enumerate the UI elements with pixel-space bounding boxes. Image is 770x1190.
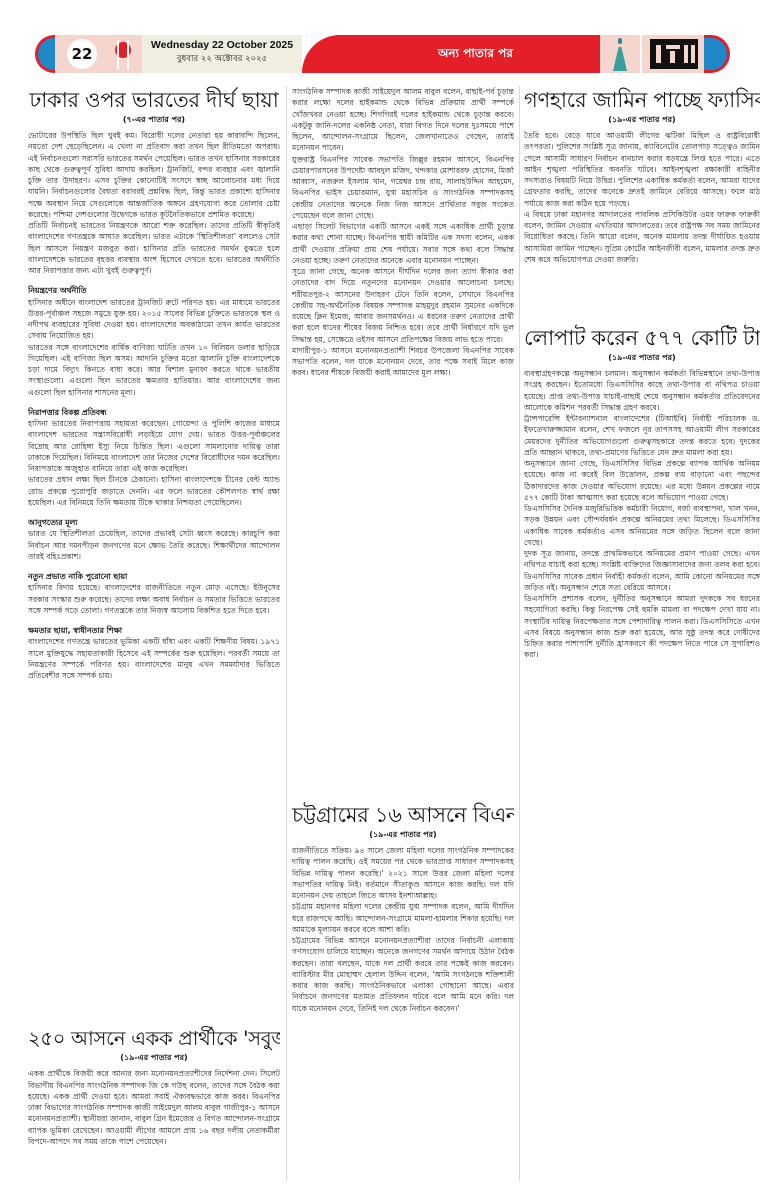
paragraph: রাজনীতিতে সক্রিয়। ৯৪ সালে জেলা মহিলা দল… (292, 845, 514, 901)
section-label: অন্য পাতার পর (438, 45, 513, 65)
subheading: নিরাপত্তার বিকল্প প্রতিবন্ধ (28, 407, 280, 418)
continued-from: (৭-এর পাতার পর) (28, 114, 280, 127)
paragraph: চট্টগ্রামের বিভিন্ন আসনে মনোনয়নপ্রত্যাশ… (292, 935, 514, 1014)
headline: গণহারে জামিন পাচ্ছে ফ্যাসিবাদের (524, 88, 760, 112)
paragraph: বাংলাদেশের গণতন্ত্রে ভারতের ভূমিকা একটি … (28, 636, 280, 681)
headline: চট্টগ্রামের ১৬ আসনে বিএনপির (292, 803, 514, 827)
paragraph: ডিএসসিসির দৈনিক মজুরিভিত্তিক কর্মচারী নি… (524, 503, 760, 548)
paragraph: ব্যবস্থাগ্রহণকল্পে অনুসন্ধান চলমান। অনুস… (524, 368, 760, 413)
subheading: আনুগত্যের মূল্য (28, 517, 280, 528)
newspaper-emblem-icon (113, 38, 133, 70)
paragraph: ভারত যে স্থিতিশীলতা চেয়েছিল, তাদের প্রভ… (28, 528, 280, 562)
paragraph: এ বিষয়ে ঢাকা মহানগর আদালতের পাবলিক প্রস… (524, 209, 760, 265)
subheading: নতুন প্রভাত নাকি পুরোনো ছায়া (28, 571, 280, 582)
paragraph: ভোটারের উপস্থিতি ছিল খুবই কম। বিরোধী দলে… (28, 130, 280, 220)
article-250-seats-green-signal: ২৫০ আসনে একক প্রার্থীকে 'সবুজ সংকেত' (১৯… (28, 1026, 280, 1147)
date-english: Wednesday 22 October 2025 (142, 39, 302, 51)
paragraph: হাসিনার অধীনে বাংলাদেশ ভারতের ট্রানজিট র… (28, 297, 280, 342)
column-divider (286, 86, 287, 1181)
statue-of-liberty-icon (600, 35, 640, 73)
subheading: ক্ষমতার ছায়া, স্বাধীনতার শিক্ষা (28, 625, 280, 636)
column-middle: সাংগঠনিক সম্পাদক কাজী সাইয়েদুল আলম বাবু… (292, 86, 514, 1181)
paragraph: যুক্তরাষ্ট্র বিএনপির সাবেক সভাপতি জিল্লু… (292, 154, 514, 222)
paragraph: এছাড়া সিলেট বিভাগের একটি আসনে একই সঙ্গে… (292, 221, 514, 266)
article-577-crore-looted: লোপাট করেন ৫৭৭ কোটি টাকা (১৯-এর পাতার পর… (524, 324, 760, 1181)
paragraph: অনুসন্ধানে জানা গেছে, ডিএসসিসির বিভিন্ন … (524, 458, 760, 503)
page-number-box: 22 (55, 35, 142, 73)
column-left: ঢাকার ওপর ভারতের দীর্ঘ ছায়া (৭-এর পাতার… (28, 86, 280, 1181)
paragraph: ভারতের সঙ্গে বাংলাদেশের বার্ষিক বাণিজ্য … (28, 342, 280, 398)
paragraph: প্রতিটি নির্বাচনই ভারতের নিয়ন্ত্রণকে আর… (28, 220, 280, 276)
date-box: Wednesday 22 October 2025 বুধবার ২২ অক্ট… (142, 35, 302, 73)
subheading: নিয়ন্ত্রণের অর্থনীতি (28, 285, 280, 296)
paragraph: চট্টগ্রাম মহানগর মহিলা দলের কেন্দ্রীয় য… (292, 901, 514, 935)
continued-from: (১৯-এর পাতার পর) (524, 352, 760, 365)
right-arc-decoration (704, 35, 730, 73)
page-number: 22 (67, 39, 97, 69)
headline: লোপাট করেন ৫৭৭ কোটি টাকা (524, 326, 760, 350)
paragraph: দুদক সূত্র জানায়, তদন্তে প্রাথমিকভাবে অ… (524, 548, 760, 593)
headline: ২৫০ আসনে একক প্রার্থীকে 'সবুজ সংকেত' (28, 1028, 280, 1050)
paragraph: হাসিনার বিদায় হয়েছে। বাংলাদেশের রাজনীত… (28, 582, 280, 616)
paragraph: ডিএসসিসি প্রশাসক বলেন, দুর্নীতির অনুসন্ধ… (524, 593, 760, 661)
paragraph: হাসিনা ভারতের নিরাপত্তায় সহায়তা করেছেন… (28, 418, 280, 474)
date-bangla: বুধবার ২২ অক্টোবর ২০২৫ (142, 52, 302, 66)
paragraph: মাদারীপুর-১ আসনে মনোনয়নপ্রত্যাশী শিবচর … (292, 345, 514, 379)
continued-from: (১৯-এর পাতার পর) (28, 1052, 280, 1065)
article-dhaka-india-shadow: ঢাকার ওপর ভারতের দীর্ঘ ছায়া (৭-এর পাতার… (28, 88, 280, 681)
column-right: গণহারে জামিন পাচ্ছে ফ্যাসিবাদের (১৯-এর প… (524, 86, 760, 1181)
continued-from: (১৯-এর পাতার পর) (524, 114, 760, 127)
continued-from: (১৯-এর পাতার পর) (292, 829, 514, 842)
paragraph: সূত্রে জানা গেছে, অনেক আসনে দীর্ঘদিন দলে… (292, 266, 514, 345)
paragraph: ট্রান্সপারেন্সি ইন্টারন্যাশনাল বাংলাদেশে… (524, 413, 760, 458)
headline: ঢাকার ওপর ভারতের দীর্ঘ ছায়া (28, 88, 280, 112)
paragraph: তৈরি হবে। বেড়ে যাবে আওয়ামী লীগের ঝটিকা… (524, 130, 760, 209)
masthead-logo (642, 35, 704, 73)
paragraph: ভারতের প্রধান লক্ষ্য ছিল চীনকে ঠেকানো। হ… (28, 474, 280, 508)
paragraph: সাংগঠনিক সম্পাদক কাজী সাইয়েদুল আলম বাবু… (292, 86, 514, 154)
page-header: 22 Wednesday 22 October 2025 বুধবার ২২ অ… (0, 0, 770, 50)
column-divider (519, 86, 520, 1181)
article-chattogram-16-seats: চট্টগ্রামের ১৬ আসনে বিএনপির (১৯-এর পাতার… (292, 801, 514, 1181)
article-green-signal-continued: সাংগঠনিক সম্পাদক কাজী সাইয়েদুল আলম বাবু… (292, 86, 514, 696)
paragraph: একক প্রার্থীকে বিজয়ী করে আনার জন্য মনোন… (28, 1068, 280, 1147)
